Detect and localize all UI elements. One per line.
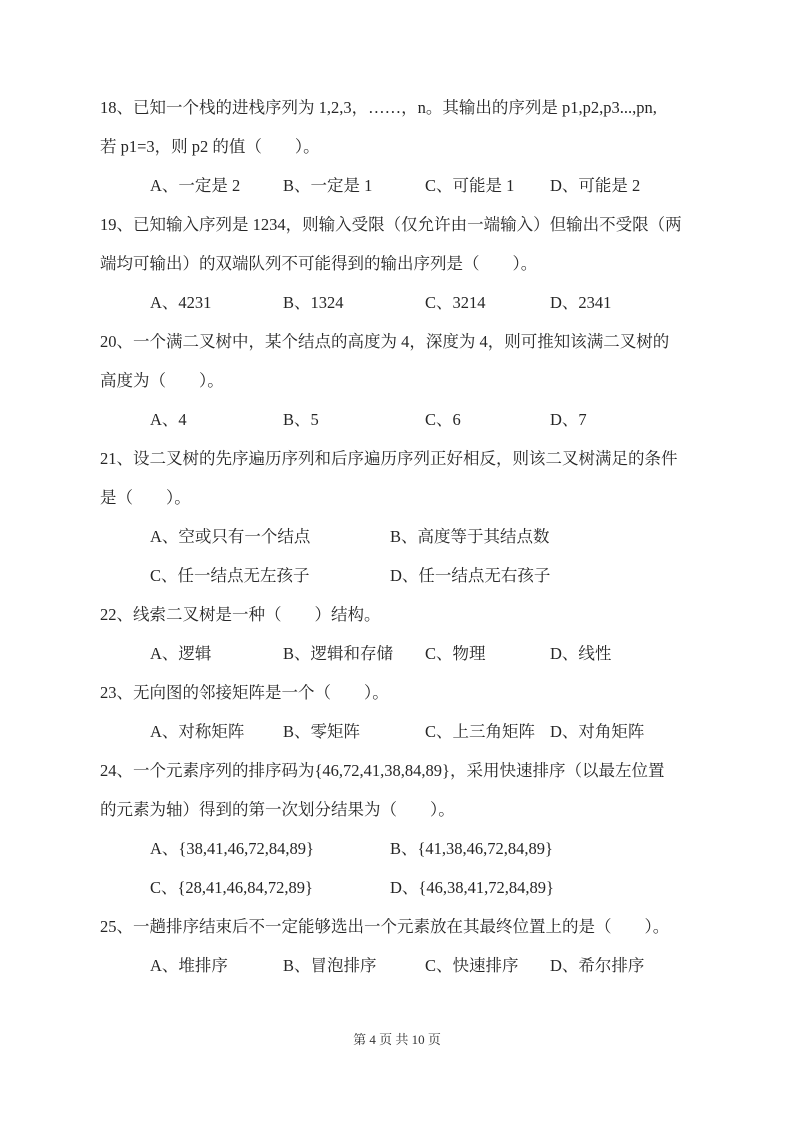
option-a: A、一定是 2 (150, 166, 283, 205)
option-c: C、任一结点无左孩子 (150, 556, 390, 595)
option-b: B、{41,38,46,72,84,89} (390, 829, 553, 868)
option-d: D、任一结点无右孩子 (390, 556, 550, 595)
option-b: B、一定是 1 (283, 166, 425, 205)
question-21-options-row-2: C、任一结点无左孩子 D、任一结点无右孩子 (100, 556, 710, 595)
option-b: B、5 (283, 400, 425, 439)
option-c: C、快速排序 (425, 946, 550, 985)
question-25: 25、一趟排序结束后不一定能够选出一个元素放在其最终位置上的是（ ）。 A、堆排… (100, 907, 710, 985)
option-d: D、7 (550, 400, 587, 439)
question-23-options: A、对称矩阵 B、零矩阵 C、上三角矩阵 D、对角矩阵 (100, 712, 710, 751)
question-18: 18、已知一个栈的进栈序列为 1,2,3，……，n。其输出的序列是 p1,p2,… (100, 88, 710, 205)
question-19-options: A、4231 B、1324 C、3214 D、2341 (100, 283, 710, 322)
question-22-options: A、逻辑 B、逻辑和存储 C、物理 D、线性 (100, 634, 710, 673)
question-text-line: 22、线索二叉树是一种（ ）结构。 (100, 595, 710, 634)
question-22: 22、线索二叉树是一种（ ）结构。 A、逻辑 B、逻辑和存储 C、物理 D、线性 (100, 595, 710, 673)
option-d: D、{46,38,41,72,84,89} (390, 868, 554, 907)
question-24-options-row-1: A、{38,41,46,72,84,89} B、{41,38,46,72,84,… (100, 829, 710, 868)
option-c: C、上三角矩阵 (425, 712, 550, 751)
option-a: A、逻辑 (150, 634, 283, 673)
option-c: C、6 (425, 400, 550, 439)
question-text-line: 是（ ）。 (100, 478, 710, 517)
option-c: C、{28,41,46,84,72,89} (150, 868, 390, 907)
option-c: C、3214 (425, 283, 550, 322)
option-d: D、2341 (550, 283, 611, 322)
question-25-options: A、堆排序 B、冒泡排序 C、快速排序 D、希尔排序 (100, 946, 710, 985)
question-text-line: 20、一个满二叉树中，某个结点的高度为 4，深度为 4，则可推知该满二叉树的 (100, 322, 710, 361)
question-text-line: 23、无向图的邻接矩阵是一个（ ）。 (100, 673, 710, 712)
document-page: 18、已知一个栈的进栈序列为 1,2,3，……，n。其输出的序列是 p1,p2,… (0, 0, 794, 1123)
option-a: A、对称矩阵 (150, 712, 283, 751)
option-b: B、零矩阵 (283, 712, 425, 751)
question-text-line: 18、已知一个栈的进栈序列为 1,2,3，……，n。其输出的序列是 p1,p2,… (100, 88, 710, 127)
option-a: A、{38,41,46,72,84,89} (150, 829, 390, 868)
option-a: A、堆排序 (150, 946, 283, 985)
option-a: A、4 (150, 400, 283, 439)
question-24-options-row-2: C、{28,41,46,84,72,89} D、{46,38,41,72,84,… (100, 868, 710, 907)
option-d: D、线性 (550, 634, 611, 673)
question-20-options: A、4 B、5 C、6 D、7 (100, 400, 710, 439)
question-text-line: 25、一趟排序结束后不一定能够选出一个元素放在其最终位置上的是（ ）。 (100, 907, 710, 946)
question-text-line: 端均可输出）的双端队列不可能得到的输出序列是（ ）。 (100, 244, 710, 283)
question-21: 21、设二叉树的先序遍历序列和后序遍历序列正好相反，则该二叉树满足的条件 是（ … (100, 439, 710, 595)
questions-area: 18、已知一个栈的进栈序列为 1,2,3，……，n。其输出的序列是 p1,p2,… (100, 88, 710, 985)
question-20: 20、一个满二叉树中，某个结点的高度为 4，深度为 4，则可推知该满二叉树的 高… (100, 322, 710, 439)
option-d: D、可能是 2 (550, 166, 640, 205)
option-d: D、对角矩阵 (550, 712, 644, 751)
option-b: B、冒泡排序 (283, 946, 425, 985)
question-23: 23、无向图的邻接矩阵是一个（ ）。 A、对称矩阵 B、零矩阵 C、上三角矩阵 … (100, 673, 710, 751)
question-21-options-row-1: A、空或只有一个结点 B、高度等于其结点数 (100, 517, 710, 556)
option-a: A、空或只有一个结点 (150, 517, 390, 556)
question-text-line: 高度为（ ）。 (100, 361, 710, 400)
question-text-line: 若 p1=3，则 p2 的值（ ）。 (100, 127, 710, 166)
question-text-line: 24、一个元素序列的排序码为{46,72,41,38,84,89}，采用快速排序… (100, 751, 710, 790)
question-text-line: 21、设二叉树的先序遍历序列和后序遍历序列正好相反，则该二叉树满足的条件 (100, 439, 710, 478)
option-c: C、可能是 1 (425, 166, 550, 205)
option-b: B、逻辑和存储 (283, 634, 425, 673)
question-19: 19、已知输入序列是 1234，则输入受限（仅允许由一端输入）但输出不受限（两 … (100, 205, 710, 322)
option-d: D、希尔排序 (550, 946, 644, 985)
page-number-indicator: 第 4 页 共 10 页 (353, 1032, 441, 1047)
option-b: B、高度等于其结点数 (390, 517, 550, 556)
question-18-options: A、一定是 2 B、一定是 1 C、可能是 1 D、可能是 2 (100, 166, 710, 205)
question-24: 24、一个元素序列的排序码为{46,72,41,38,84,89}，采用快速排序… (100, 751, 710, 907)
question-text-line: 19、已知输入序列是 1234，则输入受限（仅允许由一端输入）但输出不受限（两 (100, 205, 710, 244)
option-b: B、1324 (283, 283, 425, 322)
question-text-line: 的元素为轴）得到的第一次划分结果为（ ）。 (100, 790, 710, 829)
option-c: C、物理 (425, 634, 550, 673)
page-footer: 第 4 页 共 10 页 (0, 1030, 794, 1050)
option-a: A、4231 (150, 283, 283, 322)
